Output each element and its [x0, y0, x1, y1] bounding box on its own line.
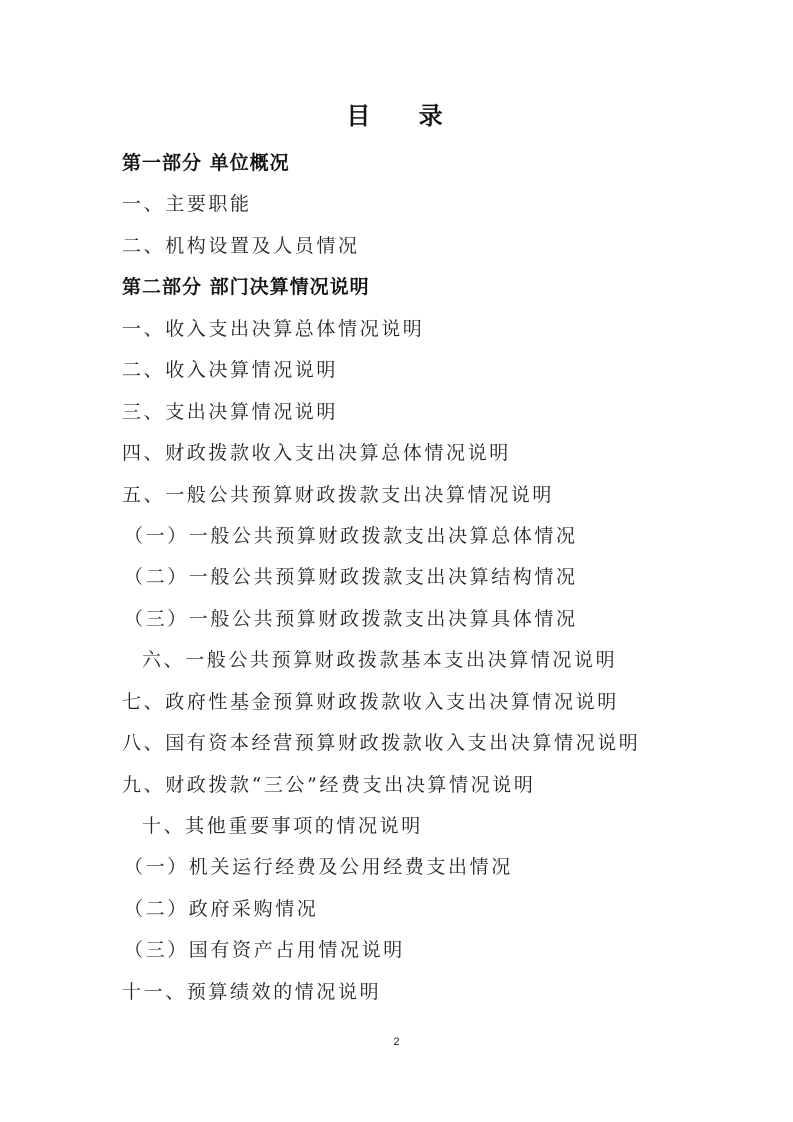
document-page: 目 录 第一部分 单位概况 一、主要职能 二、机构设置及人员情况 第二部分 部门…: [0, 0, 793, 1122]
toc-item: 二、收入决算情况说明: [122, 350, 742, 391]
toc-part-2: 第二部分 部门决算情况说明: [122, 267, 742, 308]
toc-item: 八、国有资本经营预算财政拨款收入支出决算情况说明: [122, 723, 742, 764]
toc-subitem: （一）机关运行经费及公用经费支出情况: [122, 847, 742, 888]
toc-item: 二、机构设置及人员情况: [122, 226, 742, 267]
toc-item: 四、财政拨款收入支出决算总体情况说明: [122, 433, 742, 474]
toc-subitem: （一）一般公共预算财政拨款支出决算总体情况: [122, 516, 742, 557]
toc-item: 十一、预算绩效的情况说明: [122, 972, 742, 1013]
page-number: 2: [0, 1036, 793, 1048]
toc-subitem: （三）一般公共预算财政拨款支出决算具体情况: [122, 599, 742, 640]
table-of-contents: 第一部分 单位概况 一、主要职能 二、机构设置及人员情况 第二部分 部门决算情况…: [122, 143, 742, 1013]
toc-subitem: （三）国有资产占用情况说明: [122, 930, 742, 971]
toc-item: 九、财政拨款“三公”经费支出决算情况说明: [122, 765, 742, 806]
toc-part-1: 第一部分 单位概况: [122, 143, 742, 184]
toc-title: 目 录: [0, 100, 793, 132]
toc-item: 一、收入支出决算总体情况说明: [122, 309, 742, 350]
toc-item: 七、政府性基金预算财政拨款收入支出决算情况说明: [122, 682, 742, 723]
toc-item: 一、主要职能: [122, 184, 742, 225]
toc-item: 三、支出决算情况说明: [122, 392, 742, 433]
toc-item: 五、一般公共预算财政拨款支出决算情况说明: [122, 475, 742, 516]
toc-subitem: （二）政府采购情况: [122, 889, 742, 930]
toc-item: 六、一般公共预算财政拨款基本支出决算情况说明: [122, 640, 742, 681]
toc-item: 十、其他重要事项的情况说明: [122, 806, 742, 847]
toc-subitem: （二）一般公共预算财政拨款支出决算结构情况: [122, 557, 742, 598]
